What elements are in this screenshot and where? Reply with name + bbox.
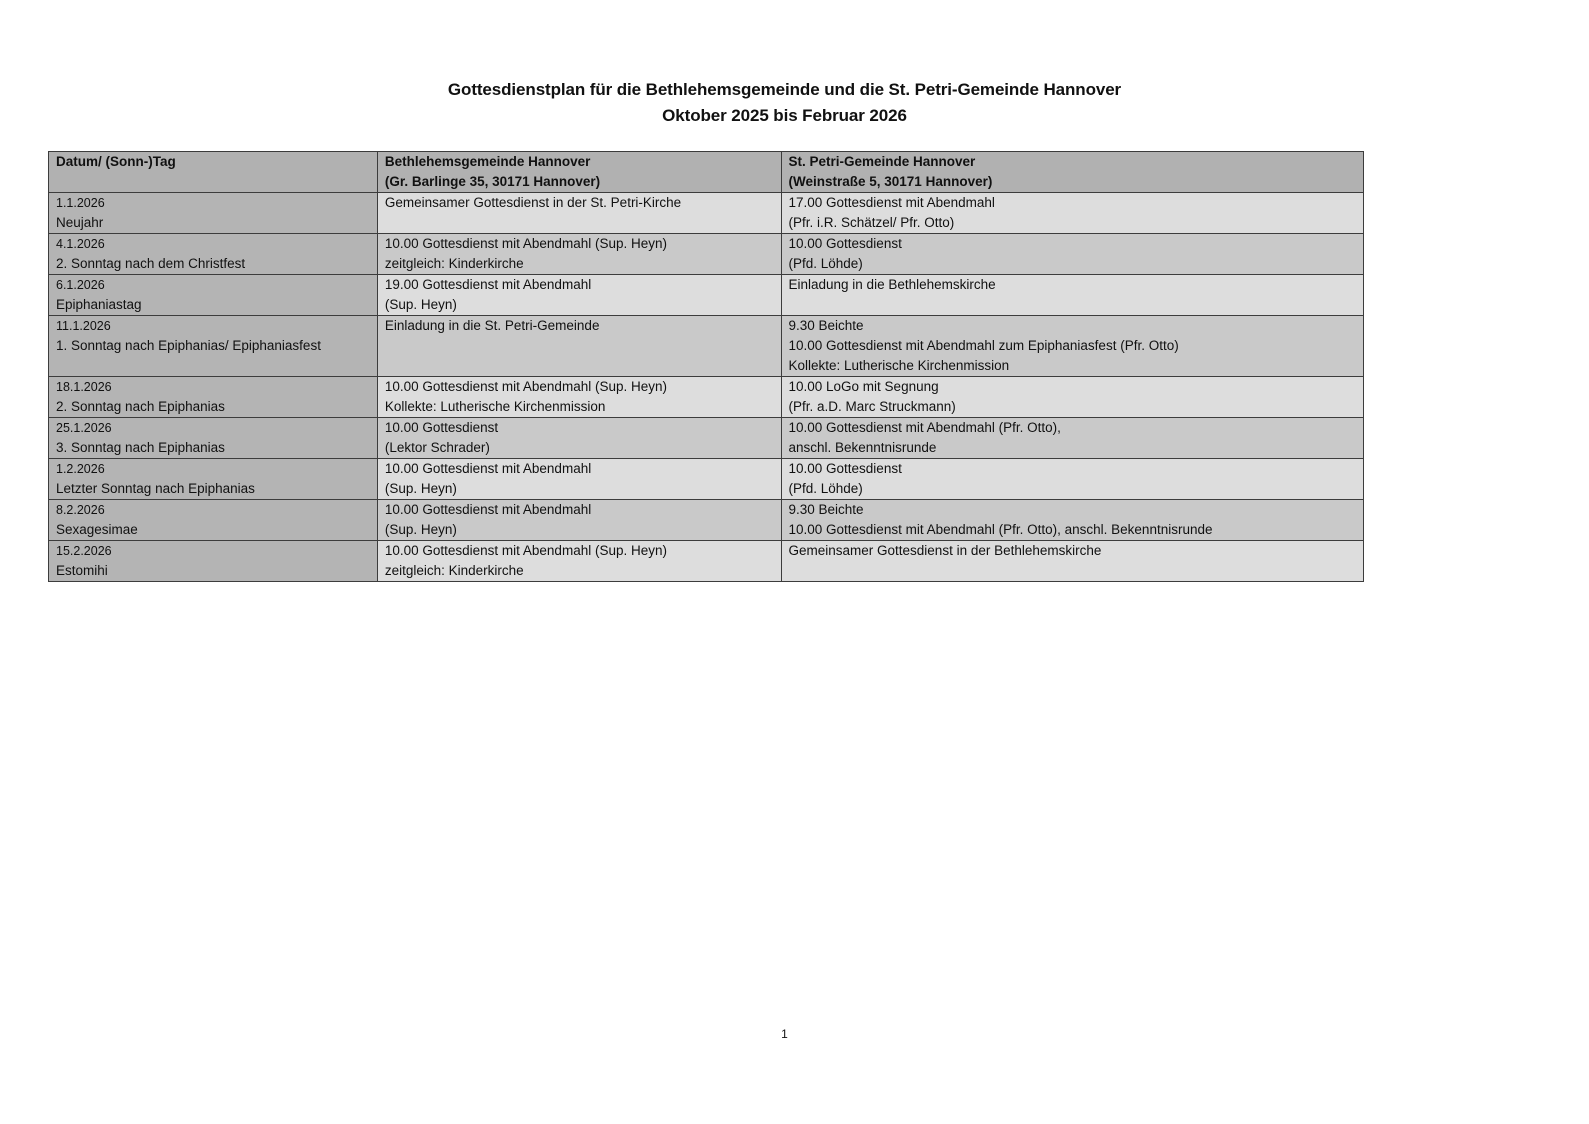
document-title: Gottesdienstplan für die Bethlehemsgemei… — [0, 77, 1569, 129]
service-entry: 10.00 Gottesdienst mit Abendmahl zum Epi… — [789, 336, 1357, 356]
service-entry: (Lektor Schrader) — [385, 438, 774, 458]
petri-cell: 9.30 Beichte10.00 Gottesdienst mit Abend… — [781, 316, 1364, 377]
header-line: St. Petri-Gemeinde Hannover — [789, 152, 1357, 172]
petri-cell: 10.00 LoGo mit Segnung(Pfr. a.D. Marc St… — [781, 377, 1364, 418]
service-entry: Kollekte: Lutherische Kirchenmission — [385, 397, 774, 417]
petri-cell: 10.00 Gottesdienst(Pfd. Löhde) — [781, 459, 1364, 500]
table-row: 18.1.20262. Sonntag nach Epiphanias10.00… — [49, 377, 1364, 418]
service-date: 15.2.2026 — [56, 541, 370, 561]
service-date: 6.1.2026 — [56, 275, 370, 295]
service-entry: Einladung in die Bethlehemskirche — [789, 275, 1357, 295]
service-entry: 10.00 Gottesdienst — [385, 418, 774, 438]
liturgical-day: Estomihi — [56, 561, 370, 581]
bethlehem-cell: Einladung in die St. Petri-Gemeinde — [377, 316, 781, 377]
service-entry: Einladung in die St. Petri-Gemeinde — [385, 316, 774, 336]
service-entry: (Pfr. a.D. Marc Struckmann) — [789, 397, 1357, 417]
service-entry: Gemeinsamer Gottesdienst in der St. Petr… — [385, 193, 774, 213]
service-entry: 10.00 LoGo mit Segnung — [789, 377, 1357, 397]
service-date: 1.1.2026 — [56, 193, 370, 213]
service-entry: zeitgleich: Kinderkirche — [385, 254, 774, 274]
liturgical-day: Letzter Sonntag nach Epiphanias — [56, 479, 370, 499]
bethlehem-cell: 10.00 Gottesdienst mit Abendmahl (Sup. H… — [377, 377, 781, 418]
liturgical-day: Epiphaniastag — [56, 295, 370, 315]
bethlehem-cell: 10.00 Gottesdienst(Lektor Schrader) — [377, 418, 781, 459]
bethlehem-cell: 10.00 Gottesdienst mit Abendmahl(Sup. He… — [377, 500, 781, 541]
liturgical-day: 1. Sonntag nach Epiphanias/ Epiphaniasfe… — [56, 336, 370, 356]
petri-cell: 9.30 Beichte10.00 Gottesdienst mit Abend… — [781, 500, 1364, 541]
service-entry: 10.00 Gottesdienst mit Abendmahl (Pfr. O… — [789, 520, 1357, 540]
service-entry: (Sup. Heyn) — [385, 520, 774, 540]
service-date: 18.1.2026 — [56, 377, 370, 397]
table-row: 1.1.2026NeujahrGemeinsamer Gottesdienst … — [49, 193, 1364, 234]
service-entry: 10.00 Gottesdienst mit Abendmahl — [385, 500, 774, 520]
bethlehem-cell: 10.00 Gottesdienst mit Abendmahl(Sup. He… — [377, 459, 781, 500]
date-cell: 4.1.20262. Sonntag nach dem Christfest — [49, 234, 378, 275]
table-row: 1.2.2026Letzter Sonntag nach Epiphanias1… — [49, 459, 1364, 500]
date-cell: 8.2.2026Sexagesimae — [49, 500, 378, 541]
service-entry: 19.00 Gottesdienst mit Abendmahl — [385, 275, 774, 295]
title-line-1: Gottesdienstplan für die Bethlehemsgemei… — [0, 77, 1569, 103]
service-date: 4.1.2026 — [56, 234, 370, 254]
service-entry: (Pfd. Löhde) — [789, 254, 1357, 274]
service-entry: 10.00 Gottesdienst mit Abendmahl (Sup. H… — [385, 234, 774, 254]
date-cell: 11.1.20261. Sonntag nach Epiphanias/ Epi… — [49, 316, 378, 377]
service-entry: (Pfr. i.R. Schätzel/ Pfr. Otto) — [789, 213, 1357, 233]
service-entry: anschl. Bekenntnisrunde — [789, 438, 1357, 458]
service-entry: 10.00 Gottesdienst mit Abendmahl (Sup. H… — [385, 541, 774, 561]
service-entry: Kollekte: Lutherische Kirchenmission — [789, 356, 1357, 376]
liturgical-day: 2. Sonntag nach Epiphanias — [56, 397, 370, 417]
page-number: 1 — [0, 1027, 1569, 1041]
date-cell: 25.1.20263. Sonntag nach Epiphanias — [49, 418, 378, 459]
service-entry: 9.30 Beichte — [789, 500, 1357, 520]
bethlehem-cell: 19.00 Gottesdienst mit Abendmahl(Sup. He… — [377, 275, 781, 316]
table-header-row: Datum/ (Sonn-)TagBethlehemsgemeinde Hann… — [49, 152, 1364, 193]
date-cell: 1.2.2026Letzter Sonntag nach Epiphanias — [49, 459, 378, 500]
service-entry: 10.00 Gottesdienst — [789, 234, 1357, 254]
petri-cell: Gemeinsamer Gottesdienst in der Bethlehe… — [781, 541, 1364, 582]
service-date: 11.1.2026 — [56, 316, 370, 336]
table-row: 4.1.20262. Sonntag nach dem Christfest10… — [49, 234, 1364, 275]
petri-cell: 17.00 Gottesdienst mit Abendmahl(Pfr. i.… — [781, 193, 1364, 234]
service-entry: 9.30 Beichte — [789, 316, 1357, 336]
service-date: 8.2.2026 — [56, 500, 370, 520]
table-row: 6.1.2026Epiphaniastag19.00 Gottesdienst … — [49, 275, 1364, 316]
title-line-2: Oktober 2025 bis Februar 2026 — [0, 103, 1569, 129]
header-line: (Weinstraße 5, 30171 Hannover) — [789, 172, 1357, 192]
service-entry: (Sup. Heyn) — [385, 295, 774, 315]
date-cell: 1.1.2026Neujahr — [49, 193, 378, 234]
bethlehem-cell: Gemeinsamer Gottesdienst in der St. Petr… — [377, 193, 781, 234]
date-cell: 15.2.2026Estomihi — [49, 541, 378, 582]
liturgical-day: Neujahr — [56, 213, 370, 233]
table-row: 25.1.20263. Sonntag nach Epiphanias10.00… — [49, 418, 1364, 459]
table-row: 11.1.20261. Sonntag nach Epiphanias/ Epi… — [49, 316, 1364, 377]
liturgical-day: Sexagesimae — [56, 520, 370, 540]
petri-cell: Einladung in die Bethlehemskirche — [781, 275, 1364, 316]
bethlehem-cell: 10.00 Gottesdienst mit Abendmahl (Sup. H… — [377, 541, 781, 582]
service-entry: 10.00 Gottesdienst mit Abendmahl (Pfr. O… — [789, 418, 1357, 438]
service-entry: 10.00 Gottesdienst — [789, 459, 1357, 479]
table-row: 8.2.2026Sexagesimae10.00 Gottesdienst mi… — [49, 500, 1364, 541]
header-line: Bethlehemsgemeinde Hannover — [385, 152, 774, 172]
service-entry: 10.00 Gottesdienst mit Abendmahl — [385, 459, 774, 479]
service-entry: zeitgleich: Kinderkirche — [385, 561, 774, 581]
bethlehem-cell: 10.00 Gottesdienst mit Abendmahl (Sup. H… — [377, 234, 781, 275]
table-body: 1.1.2026NeujahrGemeinsamer Gottesdienst … — [49, 193, 1364, 582]
liturgical-day: 3. Sonntag nach Epiphanias — [56, 438, 370, 458]
date-cell: 18.1.20262. Sonntag nach Epiphanias — [49, 377, 378, 418]
header-line: Datum/ (Sonn-)Tag — [56, 152, 370, 172]
service-entry: (Sup. Heyn) — [385, 479, 774, 499]
petri-cell: 10.00 Gottesdienst(Pfd. Löhde) — [781, 234, 1364, 275]
service-entry: (Pfd. Löhde) — [789, 479, 1357, 499]
service-date: 25.1.2026 — [56, 418, 370, 438]
service-schedule-table: Datum/ (Sonn-)TagBethlehemsgemeinde Hann… — [48, 151, 1364, 582]
petri-cell: 10.00 Gottesdienst mit Abendmahl (Pfr. O… — [781, 418, 1364, 459]
table-row: 15.2.2026Estomihi10.00 Gottesdienst mit … — [49, 541, 1364, 582]
header-line: (Gr. Barlinge 35, 30171 Hannover) — [385, 172, 774, 192]
header-petri: St. Petri-Gemeinde Hannover(Weinstraße 5… — [781, 152, 1364, 193]
header-date: Datum/ (Sonn-)Tag — [49, 152, 378, 193]
service-entry: Gemeinsamer Gottesdienst in der Bethlehe… — [789, 541, 1357, 561]
service-entry: 10.00 Gottesdienst mit Abendmahl (Sup. H… — [385, 377, 774, 397]
header-bethlehem: Bethlehemsgemeinde Hannover(Gr. Barlinge… — [377, 152, 781, 193]
service-date: 1.2.2026 — [56, 459, 370, 479]
date-cell: 6.1.2026Epiphaniastag — [49, 275, 378, 316]
service-entry: 17.00 Gottesdienst mit Abendmahl — [789, 193, 1357, 213]
liturgical-day: 2. Sonntag nach dem Christfest — [56, 254, 370, 274]
